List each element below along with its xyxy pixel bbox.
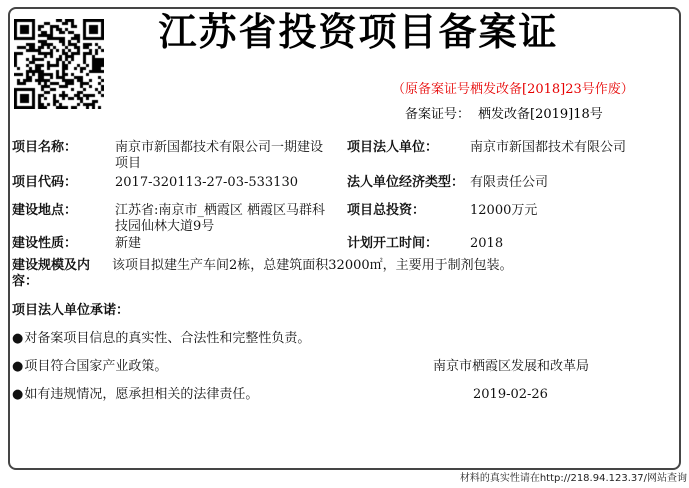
field-label-project-code: 项目代码： xyxy=(12,175,115,203)
bullet-icon: ● xyxy=(12,331,23,346)
field-value-legal-entity: 南京市新国都技术有限公司 xyxy=(470,140,674,175)
field-label-location: 建设地点： xyxy=(12,203,115,236)
cert-number-line: 备案证号：栖发改备[2019]18号 xyxy=(405,107,603,122)
commitment-item-1: ●对备案项目信息的真实性、合法性和完整性负责。 xyxy=(12,331,674,347)
bullet-icon: ● xyxy=(12,359,23,374)
bullet-icon: ● xyxy=(12,387,23,402)
commitment-item-text: 对备案项目信息的真实性、合法性和完整性负责。 xyxy=(24,331,310,346)
issuing-authority: 南京市栖霞区发展和改革局 xyxy=(433,359,589,375)
fields-grid: 项目名称： 南京市新国都技术有限公司一期建设项目 项目法人单位： 南京市新国都技… xyxy=(12,140,674,261)
commitment-heading: 项目法人单位承诺： xyxy=(12,303,674,319)
field-value-scale-content: 该项目拟建生产车间2栋，总建筑面积32000㎡，主要用于制剂包装。 xyxy=(112,258,674,290)
commitment-item-2: ●项目符合国家产业政策。 南京市栖霞区发展和改革局 xyxy=(12,359,674,375)
certificate-border: 江苏省投资项目备案证 （原备案证号栖发改备[2018]23号作废） 备案证号：栖… xyxy=(8,7,681,470)
field-label-economic-type: 法人单位经济类型： xyxy=(347,175,470,203)
field-value-total-investment: 12000万元 xyxy=(470,203,674,236)
field-label-project-name: 项目名称： xyxy=(12,140,115,175)
field-value-project-code: 2017-320113-27-03-533130 xyxy=(115,175,345,203)
field-value-project-name: 南京市新国都技术有限公司一期建设项目 xyxy=(115,140,345,175)
verify-note: 材料的真实性请在http://218.94.123.37/网站查询 xyxy=(460,473,687,485)
scale-row: 建设规模及内容： 该项目拟建生产车间2栋，总建筑面积32000㎡，主要用于制剂包… xyxy=(12,258,674,290)
commitment-item-text: 如有违规情况，愿承担相关的法律责任。 xyxy=(24,387,258,402)
field-value-economic-type: 有限责任公司 xyxy=(470,175,674,203)
lower-section: 建设规模及内容： 该项目拟建生产车间2栋，总建筑面积32000㎡，主要用于制剂包… xyxy=(12,258,674,403)
obsolete-note: （原备案证号栖发改备[2018]23号作废） xyxy=(392,82,634,97)
certificate-title: 江苏省投资项目备案证 xyxy=(10,9,679,55)
field-value-location: 江苏省:南京市_栖霞区 栖霞区马群科技园仙林大道9号 xyxy=(115,203,345,236)
field-label-total-investment: 项目总投资： xyxy=(347,203,470,236)
field-label-legal-entity: 项目法人单位： xyxy=(347,140,470,175)
cert-number-label: 备案证号： xyxy=(405,107,470,122)
commitment-item-3: ●如有违规情况，愿承担相关的法律责任。 2019-02-26 xyxy=(12,387,674,403)
certificate-page: 江苏省投资项目备案证 （原备案证号栖发改备[2018]23号作废） 备案证号：栖… xyxy=(0,0,689,488)
cert-number-value: 栖发改备[2019]18号 xyxy=(478,107,603,122)
issue-date: 2019-02-26 xyxy=(473,387,548,403)
commitment-item-text: 项目符合国家产业政策。 xyxy=(24,359,167,374)
field-label-scale-content: 建设规模及内容： xyxy=(12,258,112,290)
